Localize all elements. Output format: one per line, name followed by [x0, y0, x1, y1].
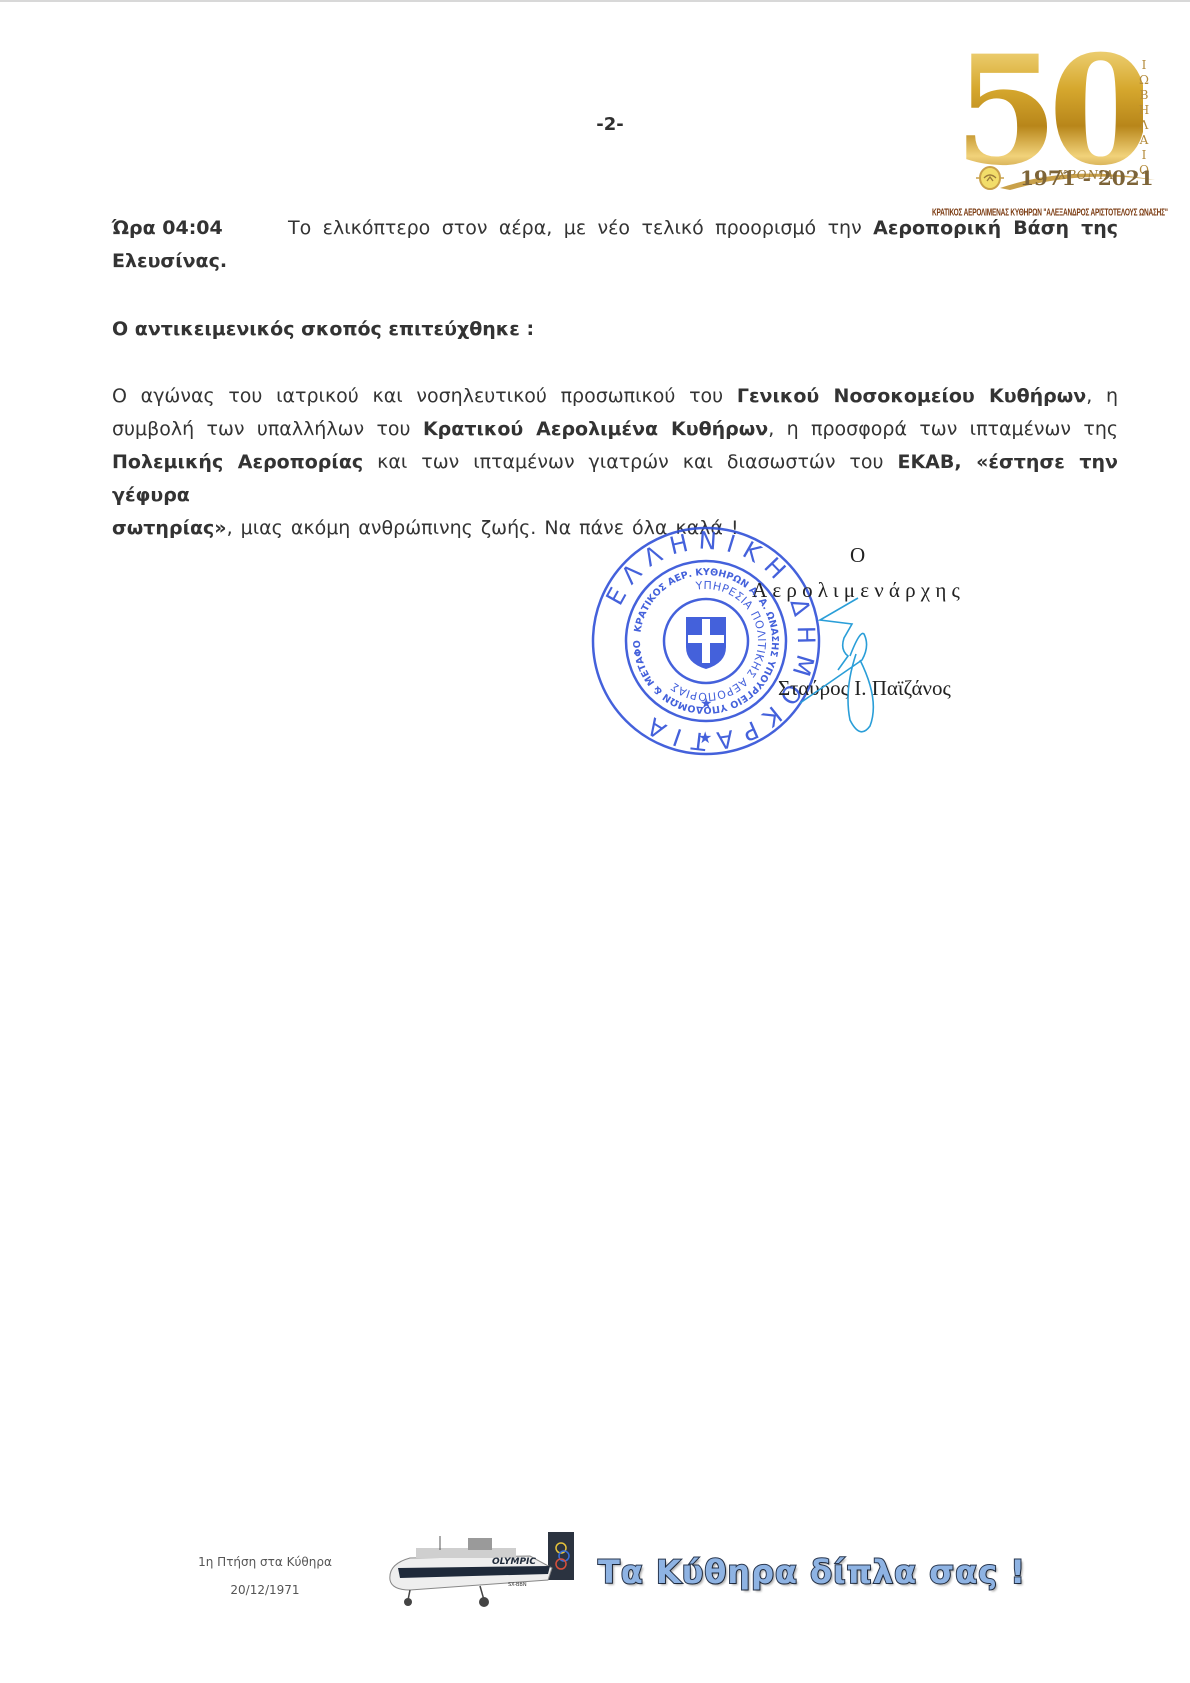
bold-text: σωτηρίας» [112, 517, 227, 539]
official-stamp: ΕΛΛΗΝΙΚΗ ΔΗΜΟΚΡΑΤΙΑ ΚΡΑΤΙΚΟΣ ΑΕΡ. ΚΥΘΗΡΩ… [590, 525, 822, 757]
logo-vertical-letter: Ι [1137, 58, 1151, 73]
plain-text: , η [1086, 385, 1118, 407]
logo-vertical-letter: Λ [1137, 118, 1151, 133]
first-flight-label: 1η Πτήση στα Κύθηρα [170, 1555, 360, 1569]
entry-time: Ώρα 04:04 [112, 212, 223, 245]
signature-article: Ο [850, 543, 865, 568]
top-border [0, 0, 1190, 2]
anniversary-logo: 50 ΙΩΒΗΛΑΙΟ ΧΡΟΝΙΑ 1971 - 2021 ΚΡΑΤΙΚΟΣ … [940, 36, 1160, 226]
bold-text: Πολεμικής Αεροπορίας [112, 451, 363, 473]
svg-text:OLYMPIC: OLYMPIC [492, 1557, 536, 1567]
svg-text:★: ★ [698, 728, 712, 747]
handwritten-signature [800, 590, 920, 740]
svg-text:★: ★ [700, 696, 713, 712]
logo-vertical-letter: Η [1137, 103, 1151, 118]
entry-text: Το ελικόπτερο στον αέρα, με νέο τελικό π… [288, 212, 1118, 245]
entry-continuation: Ελευσίνας. [112, 245, 227, 278]
bold-text: Κρατικού Αερολιμένα Κυθήρων [423, 418, 768, 440]
svg-text:SX-BBN: SX-BBN [508, 1582, 527, 1588]
entry-text-bold: Αεροπορική Βάση της [873, 217, 1118, 239]
bold-text: Γενικού Νοσοκομείου Κυθήρων [737, 385, 1086, 407]
body-paragraph: Ο αγώνας του ιατρικού και νοσηλευτικού π… [112, 380, 1118, 545]
logo-vertical-letter: Ω [1137, 73, 1151, 88]
airport-emblem-icon [976, 164, 1004, 192]
slogan: Τα Κύθηρα δίπλα σας ! [598, 1553, 1026, 1591]
logo-years: 1971 - 2021 [1020, 166, 1154, 190]
plain-text: Ο αγώνας του ιατρικού και νοσηλευτικού π… [112, 385, 737, 407]
section-heading: Ο αντικειμενικός σκοπός επιτεύχθηκε : [112, 313, 534, 346]
paragraph-line: Πολεμικής Αεροπορίας και των ιπταμένων γ… [112, 446, 1118, 512]
logo-vertical-letter: Β [1137, 88, 1151, 103]
logo-vertical-letter: Α [1137, 133, 1151, 148]
paragraph-line: συμβολή των υπαλλήλων του Κρατικού Αερολ… [112, 413, 1118, 446]
airplane-image: OLYMPIC SX-BBN [380, 1528, 580, 1610]
entry-text-plain: Το ελικόπτερο στον αέρα, με νέο τελικό π… [288, 217, 873, 239]
plain-text: συμβολή των υπαλλήλων του [112, 418, 423, 440]
page-number: -2- [580, 114, 640, 135]
first-flight-date: 20/12/1971 [170, 1583, 360, 1597]
plain-text: , η προσφορά των ιπταμένων της [768, 418, 1118, 440]
plain-text: και των ιπταμένων γιατρών και διασωστών … [363, 451, 897, 473]
paragraph-line: Ο αγώνας του ιατρικού και νοσηλευτικού π… [112, 380, 1118, 413]
